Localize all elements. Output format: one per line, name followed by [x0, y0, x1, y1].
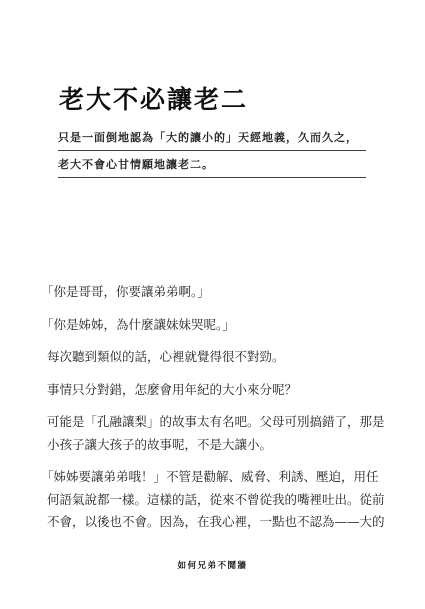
- body-paragraph: 「你是哥哥，你要讓弟弟啊。」: [47, 281, 381, 304]
- subtitle-line: 老大不會心甘情願地讓老二。: [58, 156, 366, 178]
- body-paragraph: 「姊姊要讓弟弟哦！」不管是勸解、威脅、利誘、壓迫，用任 何語氣說都一樣。這樣的話…: [47, 466, 381, 534]
- text-line: 「你是哥哥，你要讓弟弟啊。」: [41, 284, 210, 299]
- body-paragraph: 事情只分對錯，怎麼會用年紀的大小來分呢？: [47, 379, 381, 402]
- body-paragraph: 每次聽到類似的話，心裡就覺得很不對勁。: [47, 346, 381, 369]
- text-line: 小孩子讓大孩子的故事呢，不是大讓小。: [47, 437, 272, 452]
- body-text: 「你是哥哥，你要讓弟弟啊。」 「你是姊姊，為什麼讓妹妹哭呢。」 每次聽到類似的話…: [47, 281, 381, 544]
- text-line: 事情只分對錯，怎麼會用年紀的大小來分呢？: [47, 382, 297, 397]
- text-line: 何語氣說都一樣。這樣的話，從來不曾從我的嘴裡吐出。從前: [47, 492, 385, 507]
- text-line: 「你是姊姊，為什麼讓妹妹哭呢。」: [41, 317, 235, 332]
- text-line: 「姊姊要讓弟弟哦！」不管是勸解、威脅、利誘、壓迫，用任: [41, 469, 379, 484]
- chapter-subtitle: 只是一面倒地認為「大的讓小的」天經地義，久而久之， 老大不會心甘情願地讓老二。: [58, 129, 366, 183]
- text-line: 不會，以後也不會。因為，在我心裡，一點也不認為——大的: [47, 514, 385, 529]
- text-line: 每次聽到類似的話，心裡就覺得很不對勁。: [47, 349, 285, 364]
- body-paragraph: 可能是「孔融讓梨」的故事太有名吧。父母可別搞錯了，那是 小孩子讓大孩子的故事呢，…: [47, 411, 381, 456]
- running-footer: 如何兄弟不鬩牆: [0, 559, 425, 571]
- subtitle-line: 只是一面倒地認為「大的讓小的」天經地義，久而久之，: [58, 129, 366, 151]
- text-line: 可能是「孔融讓梨」的故事太有名吧。父母可別搞錯了，那是: [47, 414, 385, 429]
- body-paragraph: 「你是姊姊，為什麼讓妹妹哭呢。」: [47, 314, 381, 337]
- chapter-title: 老大不必讓老二: [59, 80, 248, 116]
- book-page: 老大不必讓老二 只是一面倒地認為「大的讓小的」天經地義，久而久之， 老大不會心甘…: [0, 0, 425, 609]
